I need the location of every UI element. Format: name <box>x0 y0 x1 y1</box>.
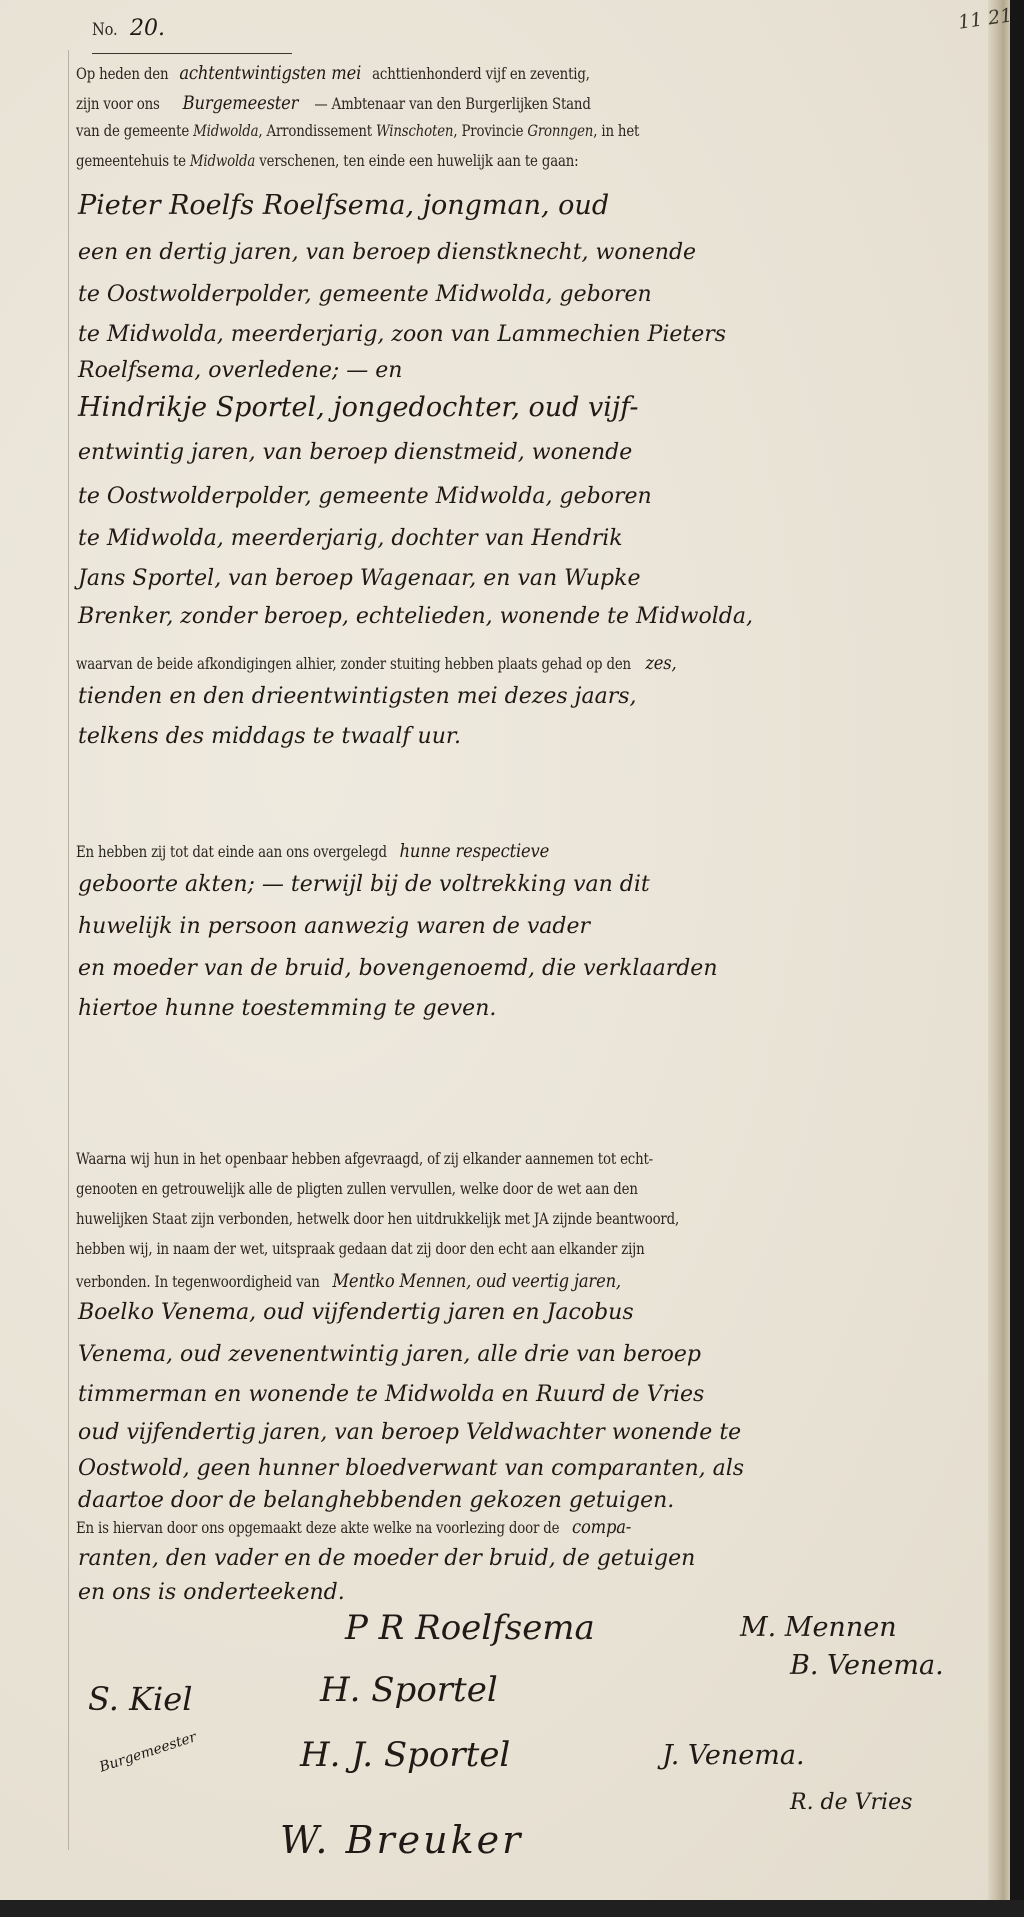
vows-line-2: genooten en getrouwelijk alle de pligten… <box>76 1180 638 1198</box>
signature-witness-de-vries: R. de Vries <box>790 1790 912 1815</box>
banns-printed: waarvan de beide afkondigingen alhier, z… <box>76 652 677 674</box>
official-title: Burgemeester <box>183 92 299 114</box>
intro-line-2: zijn voor ons Burgemeester — Ambtenaar v… <box>76 92 591 114</box>
documents-line-1: geboorte akten; — terwijl bij de voltrek… <box>78 872 650 897</box>
intro-line-4: gemeentehuis te Midwolda verschenen, ten… <box>76 152 578 170</box>
bride-line-1: Hindrikje Sportel, jongedochter, oud vij… <box>78 392 638 423</box>
bride-line-6: Brenker, zonder beroep, echtelieden, won… <box>78 604 753 629</box>
bride-line-5: Jans Sportel, van beroep Wagenaar, en va… <box>78 566 640 591</box>
bride-line-2: entwintig jaren, van beroep dienstmeid, … <box>78 440 632 465</box>
signature-registrar: S. Kiel <box>88 1680 192 1718</box>
groom-line-5: Roelfsema, overledene; — en <box>78 358 402 383</box>
banns-line-2: telkens des middags te twaalf uur. <box>78 724 461 749</box>
vows-line-1: Waarna wij hun in het openbaar hebben af… <box>76 1150 653 1168</box>
book-edge-shadow <box>1010 0 1024 1917</box>
district: Winschoten <box>376 122 453 140</box>
documents-printed: En hebben zij tot dat einde aan ons over… <box>76 840 549 862</box>
bride-line-4: te Midwolda, meerderjarig, dochter van H… <box>78 526 623 551</box>
groom-line-4: te Midwolda, meerderjarig, zoon van Lamm… <box>78 322 726 347</box>
witness-line-6: daartoe door de belanghebbenden gekozen … <box>78 1488 674 1513</box>
signature-mother: W. Breuker <box>280 1818 523 1862</box>
book-binding <box>988 0 1010 1900</box>
left-margin-rule <box>68 50 69 1850</box>
municipality: Midwolda <box>193 122 258 140</box>
intro-line-1: Op heden den achtentwintigsten mei achtt… <box>76 62 590 84</box>
closing-printed: En is hiervan door ons opgemaakt deze ak… <box>76 1516 631 1538</box>
bottom-shadow <box>0 1900 1024 1917</box>
groom-line-3: te Oostwolderpolder, gemeente Midwolda, … <box>78 282 652 307</box>
witness-line-4: oud vijfendertig jaren, van beroep Veldw… <box>78 1420 741 1445</box>
groom-line-2: een en dertig jaren, van beroep dienstkn… <box>78 240 696 265</box>
witness-line-3: timmerman en wonende te Midwolda en Ruur… <box>78 1382 704 1407</box>
record-number: 20. <box>130 16 165 41</box>
marriage-date: achtentwintigsten mei <box>179 62 361 84</box>
documents-line-4: hiertoe hunne toestemming te geven. <box>78 996 496 1021</box>
signature-groom: P R Roelfsema <box>345 1608 595 1648</box>
closing-line-1: ranten, den vader en de moeder der bruid… <box>78 1546 695 1571</box>
witness-line-2: Venema, oud zevenentwintig jaren, alle d… <box>78 1342 701 1367</box>
witness-line-1: Boelko Venema, oud vijfendertig jaren en… <box>78 1300 634 1325</box>
signature-witness-j-venema: J. Venema. <box>662 1740 805 1771</box>
banns-line-1: tienden en den drieentwintigsten mei dez… <box>78 684 637 709</box>
vows-line-4: hebben wij, in naam der wet, uitspraak g… <box>76 1240 645 1258</box>
intro-line-3: van de gemeente Midwolda, Arrondissement… <box>76 122 639 140</box>
signature-witness-mennen: M. Mennen <box>740 1612 897 1643</box>
province: Gronngen <box>527 122 593 140</box>
record-number-label: No. <box>92 20 117 40</box>
signature-witness-b-venema: B. Venema. <box>790 1650 944 1681</box>
closing-line-2: en ons is onderteekend. <box>78 1580 345 1605</box>
vows-line-3: huwelijken Staat zijn verbonden, hetwelk… <box>76 1210 679 1228</box>
signature-bride: H. Sportel <box>320 1670 498 1710</box>
bride-line-3: te Oostwolderpolder, gemeente Midwolda, … <box>78 484 652 509</box>
documents-line-3: en moeder van de bruid, bovengenoemd, di… <box>78 956 718 981</box>
vows-line-5: verbonden. In tegenwoordigheid van Mentk… <box>76 1270 621 1292</box>
record-number-underline <box>92 53 292 54</box>
signature-father: H. J. Sportel <box>300 1735 510 1775</box>
groom-line-1: Pieter Roelfs Roelfsema, jongman, oud <box>78 190 609 221</box>
documents-line-2: huwelijk in persoon aanwezig waren de va… <box>78 914 590 939</box>
witness-line-5: Oostwold, geen hunner bloedverwant van c… <box>78 1456 744 1481</box>
